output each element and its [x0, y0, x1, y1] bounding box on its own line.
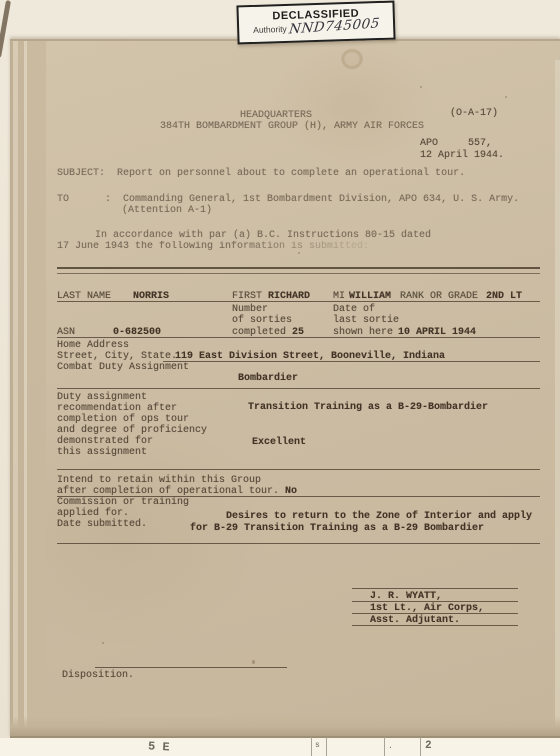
commission-label-line1: Commission or training	[57, 497, 189, 508]
duty-section-rule	[57, 469, 540, 470]
commission-answer-line2: for B-29 Transition Training as a B-29 B…	[190, 523, 484, 534]
unit-line: 384TH BOMBARDMENT GROUP (H), ARMY AIR FO…	[160, 121, 424, 132]
apo-line: APO 557,	[420, 138, 492, 149]
signature-top-rule	[352, 588, 518, 589]
combat-duty-section-rule	[57, 388, 540, 389]
commission-label-line3: Date submitted.	[57, 519, 147, 530]
underlying-page-rule-fragment	[326, 737, 327, 756]
underlying-page-fragment: s	[315, 741, 320, 756]
body-paragraph-line2: 17 June 1943 the following information i…	[57, 241, 369, 252]
date-line: 12 April 1944.	[420, 150, 504, 161]
page-right-edge	[555, 60, 560, 736]
underlying-page-rule-fragment	[311, 737, 312, 756]
subject-line: SUBJECT: Report on personnel about to co…	[57, 168, 465, 179]
underlying-page-rule-fragment	[420, 737, 421, 756]
signature-title-rule	[352, 625, 518, 626]
proficiency-value: Excellent	[252, 437, 306, 448]
page-bottom-edge	[10, 716, 560, 738]
asn-row-rule	[57, 337, 540, 338]
commission-answer-line1: Desires to return to the Zone of Interio…	[226, 511, 532, 522]
disposition-rule	[95, 667, 287, 668]
home-address-label-line2: Street, City, State.	[57, 351, 177, 362]
duty-rec-label-line5: demonstrated for	[57, 436, 153, 447]
sorties-label-line2: of sorties	[232, 315, 292, 326]
last-sortie-label-line1: Date of	[333, 304, 375, 315]
page-stack-left-edge	[10, 41, 46, 736]
underlying-page-fragment: .	[388, 742, 393, 756]
retain-label-line1: Intend to retain within this Group	[57, 475, 261, 486]
duty-rec-label-line1: Duty assignment	[57, 392, 147, 403]
headquarters-line: HEADQUARTERS	[240, 110, 312, 121]
duty-rec-label-line3: completion of ops tour	[57, 414, 189, 425]
form-top-rule	[57, 267, 540, 274]
duty-recommendation-value: Transition Training as a B-29-Bombardier	[248, 402, 488, 413]
declassified-stamp: DECLASSIFIED Authority NND745005	[236, 1, 395, 45]
paper-speckle	[298, 252, 300, 254]
name-row-rule	[57, 301, 540, 302]
scanned-document-screen: DECLASSIFIED Authority NND745005 HEADQUA…	[0, 0, 560, 756]
underlying-page-fragment: 2	[425, 740, 432, 756]
declassified-stamp-authority-row: Authority NND745005	[253, 19, 379, 37]
paper-speckle	[505, 96, 507, 98]
to-line: TO : Commanding General, 1st Bombardment…	[57, 194, 519, 205]
last-sortie-label-line2: last sortie	[333, 315, 399, 326]
file-reference: (O-A-17)	[450, 108, 498, 119]
disposition-label: Disposition.	[62, 670, 134, 681]
duty-rec-label-line4: and degree of proficiency	[57, 425, 207, 436]
commission-section-rule	[57, 543, 540, 544]
paper-stain	[336, 44, 368, 74]
attention-line: (Attention A-1)	[122, 205, 212, 216]
underlying-page-fragment: 5 E	[148, 739, 170, 756]
signature-rank-rule	[352, 613, 518, 614]
home-address-label-line1: Home Address	[57, 340, 129, 351]
authority-label: Authority	[253, 23, 287, 37]
underlying-page-strip	[0, 738, 560, 756]
combat-duty-value: Bombardier	[238, 373, 298, 384]
underlying-page-rule-fragment	[384, 737, 385, 756]
sorties-label-line1: Number	[232, 304, 268, 315]
authority-number-handwritten: NND745005	[288, 17, 380, 36]
paper-speckle	[420, 86, 422, 88]
duty-rec-label-line2: recommendation after	[57, 403, 177, 414]
signature-name-rule	[352, 601, 518, 602]
combat-duty-label: Combat Duty Assignment	[57, 362, 189, 373]
duty-rec-label-line6: this assignment	[57, 447, 147, 458]
paper-speckle	[102, 642, 104, 644]
paper-speckle	[252, 660, 255, 664]
body-paragraph-line1: In accordance with par (a) B.C. Instruct…	[95, 230, 431, 241]
home-address-rule	[163, 361, 540, 362]
commission-label-line2: applied for.	[57, 508, 129, 519]
